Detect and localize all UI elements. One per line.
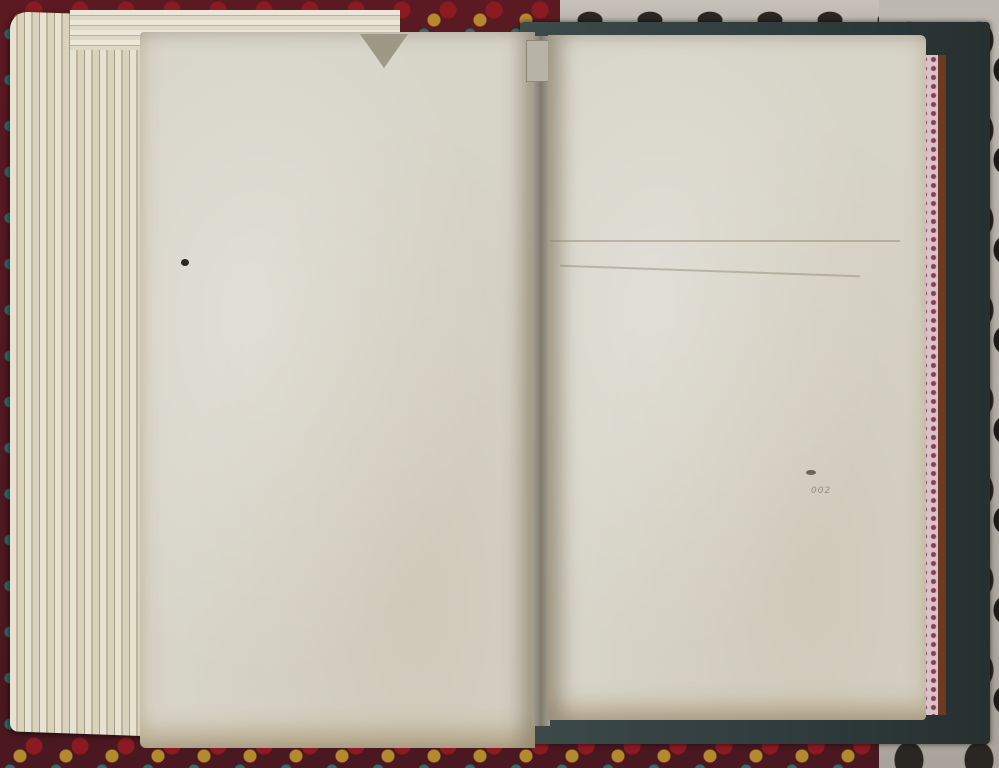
left-blank-page (140, 32, 535, 748)
page-crease (550, 240, 900, 242)
pencil-note: 002 (811, 486, 831, 496)
page-block-edge (10, 11, 160, 736)
folded-corner (360, 34, 408, 68)
ink-spot (806, 470, 816, 475)
ink-spot (181, 259, 189, 266)
right-blank-page (548, 35, 926, 720)
